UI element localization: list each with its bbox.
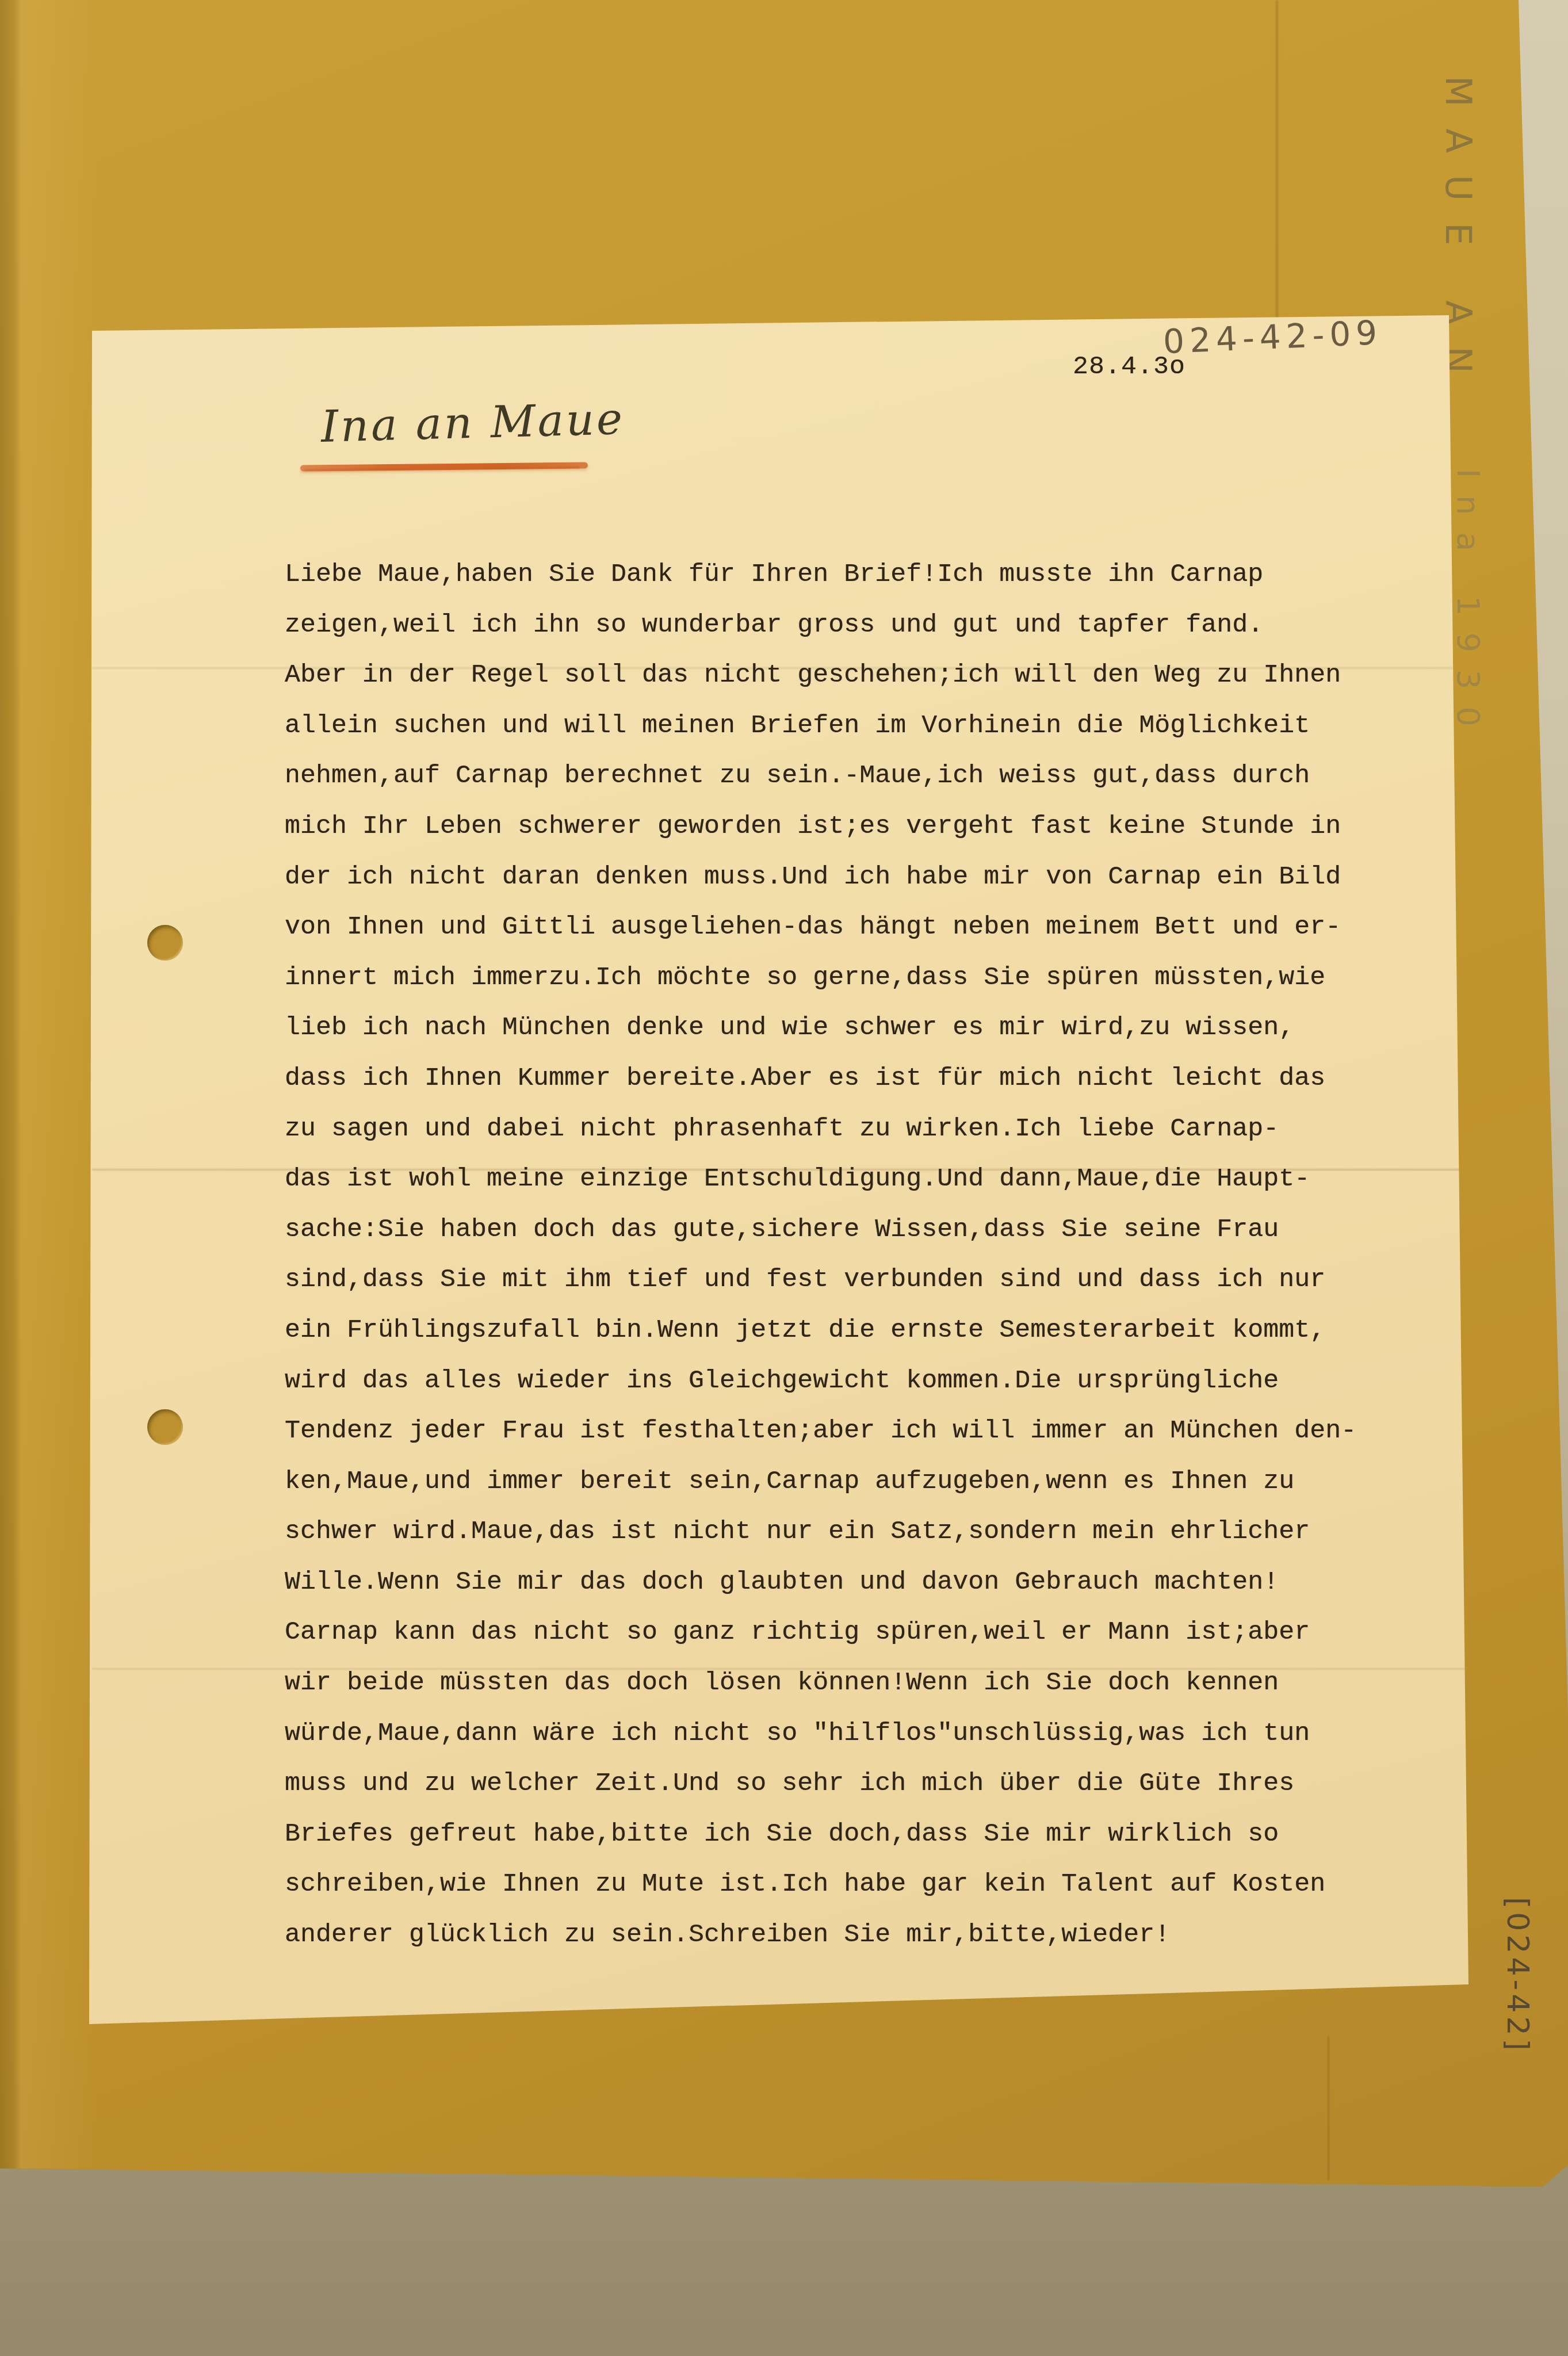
- letter-line: mich Ihr Leben schwerer geworden ist;es …: [285, 801, 1356, 852]
- scanned-letter-page: MAUE AN Ina 1930 28.4.3o Ina an Maue 024…: [0, 0, 1568, 2356]
- letter-line: schwer wird.Maue,das ist nicht nur ein S…: [285, 1506, 1356, 1557]
- letter-line: nehmen,auf Carnap berechnet zu sein.-Mau…: [285, 751, 1356, 801]
- archive-code-annotation: 024-42-09: [1162, 313, 1383, 362]
- letter-line: Tendenz jeder Frau ist festhalten;aber i…: [285, 1406, 1356, 1456]
- punch-hole: [147, 1409, 183, 1445]
- letter-line: lieb ich nach München denke und wie schw…: [285, 1003, 1356, 1053]
- letter-line: sind,dass Sie mit ihm tief und fest verb…: [285, 1255, 1356, 1305]
- letter-line: wird das alles wieder ins Gleichgewicht …: [285, 1356, 1356, 1406]
- letter-line: anderer glücklich zu sein.Schreiben Sie …: [285, 1910, 1356, 1960]
- folder-bottom-code: [024-42]: [1500, 1897, 1535, 2054]
- letter-line: Wille.Wenn Sie mir das doch glaubten und…: [285, 1557, 1356, 1608]
- letter-line: sache:Sie haben doch das gute,sichere Wi…: [285, 1204, 1356, 1255]
- letter-line: Liebe Maue,haben Sie Dank für Ihren Brie…: [285, 549, 1356, 600]
- folder-top-crease: [1276, 0, 1278, 325]
- folder-bottom-crease: [1328, 2036, 1329, 2180]
- letter-line: würde,Maue,dann wäre ich nicht so "hilfl…: [285, 1708, 1356, 1759]
- letter-line: dass ich Ihnen Kummer bereite.Aber es is…: [285, 1053, 1356, 1104]
- letter-line: ken,Maue,und immer bereit sein,Carnap au…: [285, 1456, 1356, 1507]
- letter-line: der ich nicht daran denken muss.Und ich …: [285, 852, 1356, 902]
- handwritten-title: Ina an Maue: [320, 393, 625, 452]
- letter-line: zu sagen und dabei nicht phrasenhaft zu …: [285, 1104, 1356, 1154]
- letter-line: Carnap kann das nicht so ganz richtig sp…: [285, 1607, 1356, 1658]
- punch-hole: [147, 925, 183, 961]
- letter-line: Aber in der Regel soll das nicht gescheh…: [285, 650, 1356, 701]
- letter-line: das ist wohl meine einzige Entschuldigun…: [285, 1154, 1356, 1204]
- letter-line: allein suchen und will meinen Briefen im…: [285, 701, 1356, 751]
- letter-line: innert mich immerzu.Ich möchte so gerne,…: [285, 953, 1356, 1003]
- letter-line: schreiben,wie Ihnen zu Mute ist.Ich habe…: [285, 1859, 1356, 1910]
- letter-line: wir beide müssten das doch lösen können!…: [285, 1658, 1356, 1708]
- letter-line: zeigen,weil ich ihn so wunderbar gross u…: [285, 600, 1356, 651]
- letter-line: muss und zu welcher Zeit.Und so sehr ich…: [285, 1758, 1356, 1809]
- orange-crayon-underline: [300, 462, 588, 471]
- letter-line: Briefes gefreut habe,bitte ich Sie doch,…: [285, 1809, 1356, 1860]
- folder-spine-label-faint: Ina 1930: [1450, 469, 1486, 744]
- letter-line: von Ihnen und Gittli ausgeliehen-das hän…: [285, 902, 1356, 953]
- letter-line: ein Frühlingszufall bin.Wenn jetzt die e…: [285, 1305, 1356, 1356]
- folder-left-crease: [0, 0, 98, 2168]
- letter-body: Liebe Maue,haben Sie Dank für Ihren Brie…: [285, 549, 1356, 1960]
